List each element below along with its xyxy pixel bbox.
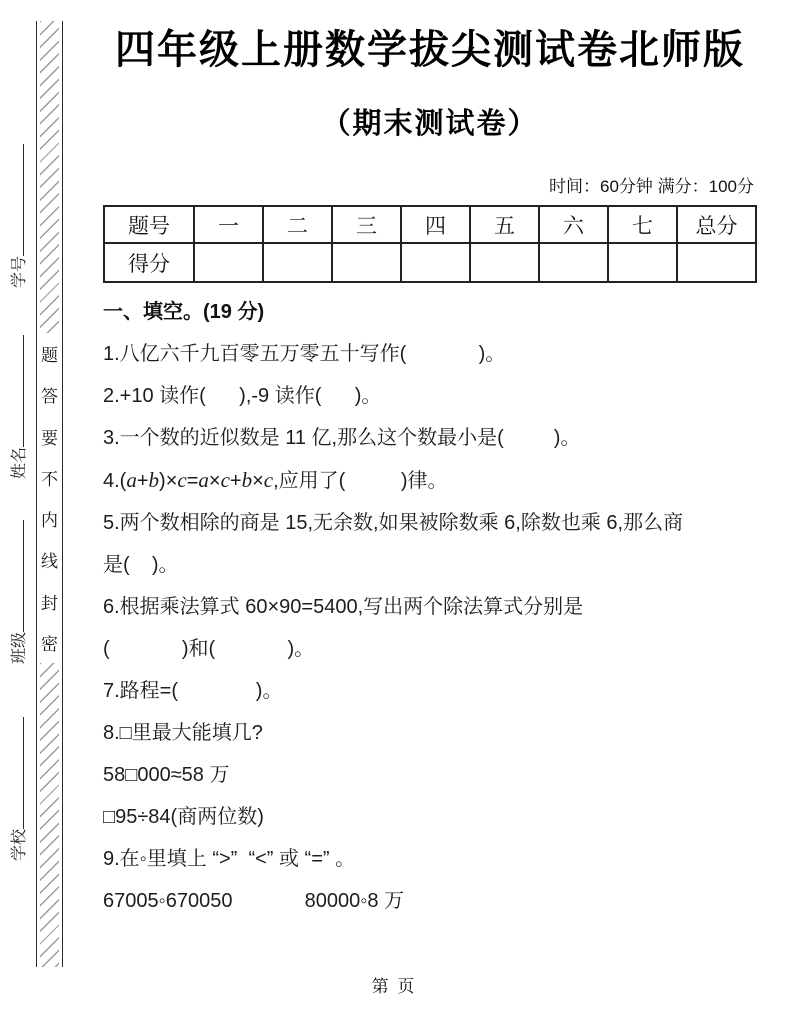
student-name-blank-line: [9, 335, 24, 447]
student-name-label: 姓名: [11, 447, 28, 479]
column-header: 二: [263, 206, 332, 243]
score-table: 题号 一 二 三 四 五 六 七 总分 得分: [103, 205, 757, 283]
column-header: 三: [332, 206, 401, 243]
question-5-line-1: 5.两个数相除的商是 15,无余数,如果被除数乘 6,除数也乘 6,那么商: [103, 502, 757, 544]
question-8-line-3: □95÷84(商两位数): [103, 796, 757, 838]
question-4: 4.(a+b)×c=a×c+b×c,应用了( )律。: [103, 459, 757, 502]
score-cell: [470, 243, 539, 282]
column-header: 五: [470, 206, 539, 243]
seal-char: 要: [41, 424, 58, 449]
paper-subtitle: （期末测试卷）: [103, 101, 757, 142]
score-table-score-row: 得分: [104, 243, 756, 282]
seal-hatch-bottom: [40, 663, 59, 967]
student-name-field: 姓名: [9, 335, 31, 479]
question-1: 1.八亿六千九百零五万零五十写作( )。: [103, 333, 757, 375]
seal-char: 线: [41, 547, 58, 572]
total-score-header: 总分: [677, 206, 756, 243]
question-6-line-2: ( )和( )。: [103, 628, 757, 670]
footer-page-number: 第 页: [0, 972, 788, 997]
section-1-heading: 一、填空。(19 分): [103, 291, 757, 333]
exam-paper-page: { "header": { "title": "四年级上册数学拔尖测试卷北师版"…: [0, 0, 788, 1012]
score-cell: [677, 243, 756, 282]
paper-title: 四年级上册数学拔尖测试卷北师版: [103, 26, 757, 74]
score-cell: [539, 243, 608, 282]
score-cell: [401, 243, 470, 282]
seal-char: 密: [41, 630, 58, 655]
school-field: 学校: [9, 717, 31, 861]
class-field: 班级: [9, 520, 31, 664]
question-2: 2.+10 读作( ),-9 读作( )。: [103, 375, 757, 417]
score-table-header-row: 题号 一 二 三 四 五 六 七 总分: [104, 206, 756, 243]
question-8-line-2: 58□000≈58 万: [103, 754, 757, 796]
score-cell: [194, 243, 263, 282]
column-header: 七: [608, 206, 677, 243]
column-header: 六: [539, 206, 608, 243]
score-row-label: 得分: [104, 243, 194, 282]
score-cell: [608, 243, 677, 282]
seal-char: 题: [41, 341, 58, 366]
question-8-line-1: 8.□里最大能填几?: [103, 712, 757, 754]
question-5-line-2: 是( )。: [103, 544, 757, 586]
score-cell: [332, 243, 401, 282]
question-9-line-2: 67005◦670050 80000◦8 万: [103, 880, 757, 922]
question-3: 3.一个数的近似数是 11 亿,那么这个数最小是( )。: [103, 417, 757, 459]
question-number-header: 题号: [104, 206, 194, 243]
seal-char: 内: [41, 506, 58, 531]
seal-char: 不: [41, 465, 58, 490]
score-cell: [263, 243, 332, 282]
question-9-line-1: 9.在◦里填上 “>” “<” 或 “=” 。: [103, 838, 757, 880]
question-7: 7.路程=( )。: [103, 670, 757, 712]
class-blank-line: [9, 520, 24, 632]
question-6-line-1: 6.根据乘法算式 60×90=5400,写出两个除法算式分别是: [103, 586, 757, 628]
school-label: 学校: [11, 829, 28, 861]
student-id-label: 学号: [11, 256, 28, 288]
student-id-field: 学号: [9, 144, 31, 288]
paper-content: 四年级上册数学拔尖测试卷北师版 （期末测试卷） 时间：60分钟 满分：100分 …: [103, 0, 757, 922]
seal-char: 答: [41, 382, 58, 407]
binding-seal-strip: 题 答 要 不 内 线 封 密: [36, 21, 63, 967]
seal-hatch-top: [40, 21, 59, 333]
school-blank-line: [9, 717, 24, 829]
column-header: 四: [401, 206, 470, 243]
student-id-blank-line: [9, 144, 24, 256]
class-label: 班级: [11, 632, 28, 664]
seal-char: 封: [41, 589, 58, 614]
column-header: 一: [194, 206, 263, 243]
seal-warning-text: 题 答 要 不 内 线 封 密: [37, 333, 62, 663]
time-and-score-info: 时间：60分钟 满分：100分: [103, 172, 757, 197]
